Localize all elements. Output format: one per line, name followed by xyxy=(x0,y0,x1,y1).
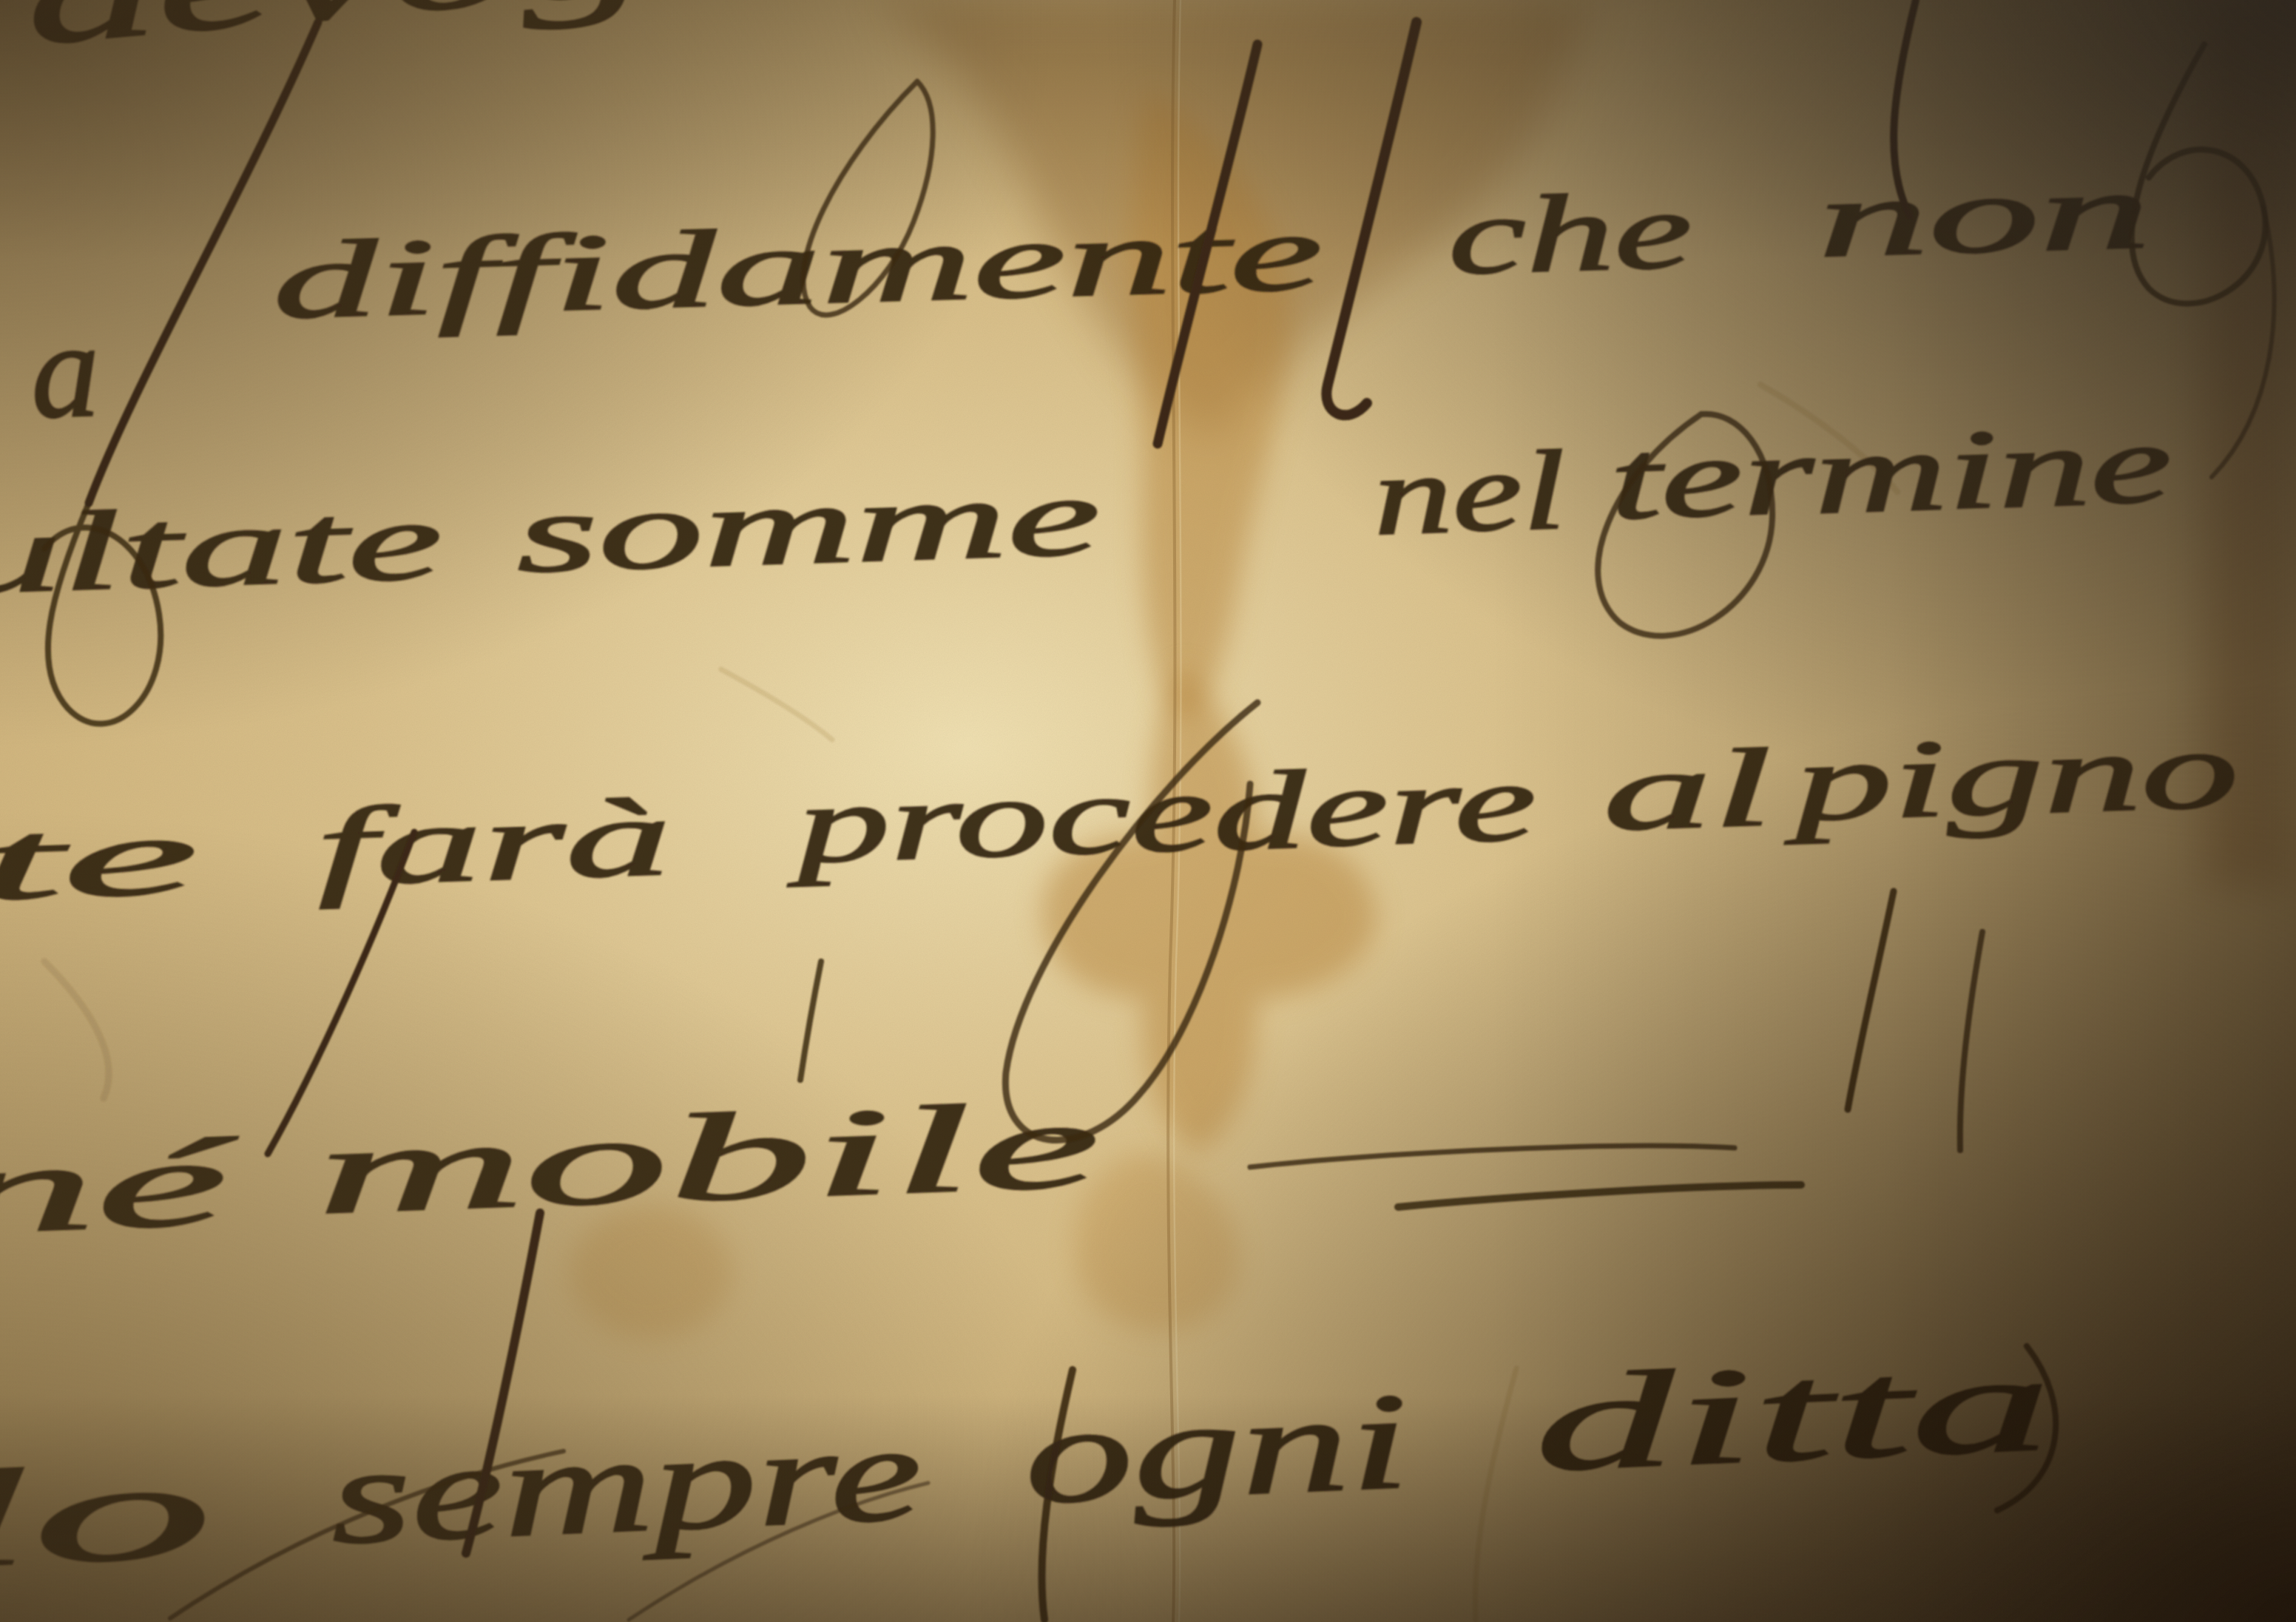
manuscript-photo: devoglie a diffidamente che non ultate s… xyxy=(0,0,2296,1622)
manuscript-canvas: devoglie a diffidamente che non ultate s… xyxy=(0,0,2296,1622)
paper-grain-texture xyxy=(0,0,2296,1622)
